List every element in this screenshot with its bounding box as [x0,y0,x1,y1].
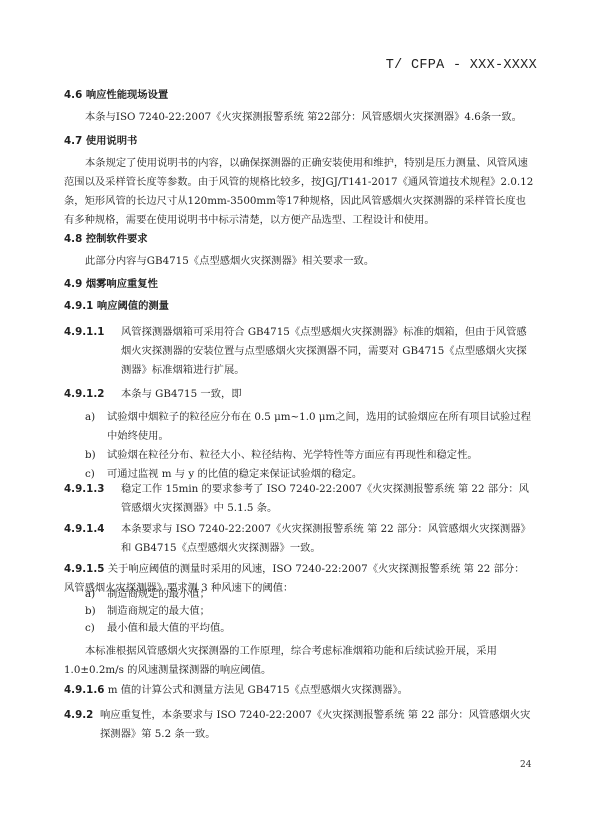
clause-4-9-1-2: 4.9.1.2 本条与 GB4715 一致，即 [64,385,534,404]
clause-number: 4.9.1.6 [64,684,104,696]
clause-number: 4.9.1.5 [64,563,104,575]
paragraph: 此部分内容与GB4715《点型感烟火灾探测器》相关要求一致。 [64,252,534,271]
document-page: T/ CFPA - XXX-XXXX 4.6 响应性能现场设置 本条与ISO 7… [0,0,591,824]
paragraph: 本标准根据风管感烟火灾探测器的工作原理，综合考虑标准烟箱功能和后续试验开展，采用… [64,642,534,680]
section-4-8: 4.8 控制软件要求 此部分内容与GB4715《点型感烟火灾探测器》相关要求一致… [64,230,534,271]
clause-text: m 值的计算公式和测量方法见 GB4715《点型感烟火灾探测器》。 [108,684,408,696]
section-4-9-1: 4.9.1 响应阈值的测量 [64,297,534,316]
section-4-7: 4.7 使用说明书 本条规定了使用说明书的内容，以确保探测器的正确安装使用和维护… [64,132,534,230]
section-heading: 4.9.1 响应阈值的测量 [64,297,534,316]
clause-text: 风管探测器烟箱可采用符合 GB4715《点型感烟火灾探测器》标准的烟箱，但由于风… [121,323,534,380]
page-number: 24 [520,760,531,770]
list-text: 试验烟中烟粒子的粒径应分布在 0.5 μm~1.0 μm之间，选用的试验烟应在所… [107,408,534,446]
clause-number: 4.9.2 [64,706,100,744]
clause-4-9-1-4: 4.9.1.4 本条要求与 ISO 7240-22:2007《火灾探测报警系统 … [64,520,534,558]
list-marker: b) [85,603,107,620]
list-marker: a) [85,408,107,446]
list-text: 制造商规定的最小值； [107,586,534,603]
section-heading: 4.7 使用说明书 [64,132,534,151]
clause-4-9-1-1: 4.9.1.1 风管探测器烟箱可采用符合 GB4715《点型感烟火灾探测器》标准… [64,323,534,380]
list-item: c) 最小值和最大值的平均值。 [64,620,534,637]
list-item: a) 试验烟中烟粒子的粒径应分布在 0.5 μm~1.0 μm之间，选用的试验烟… [64,408,534,446]
list-item: b) 制造商规定的最大值； [64,603,534,620]
clause-text: 本条要求与 ISO 7240-22:2007《火灾探测报警系统 第 22 部分：… [121,520,534,558]
section-heading: 4.6 响应性能现场设置 [64,86,534,105]
clause-text: 稳定工作 15min 的要求参考了 ISO 7240-22:2007《火灾探测报… [121,480,534,518]
clause-4-9-1-6: 4.9.1.6 m 值的计算公式和测量方法见 GB4715《点型感烟火灾探测器》… [64,681,534,700]
paragraph: 本条与ISO 7240-22:2007《火灾探测报警系统 第22部分：风管感烟火… [64,108,534,127]
list-marker: b) [85,446,107,465]
paragraph: 本条规定了使用说明书的内容，以确保探测器的正确安装使用和维护，特别是压力测量、风… [64,154,534,230]
clause-4-9-1-3: 4.9.1.3 稳定工作 15min 的要求参考了 ISO 7240-22:20… [64,480,534,518]
section-heading: 4.8 控制软件要求 [64,230,534,249]
list-text: 制造商规定的最大值； [107,603,534,620]
clause-number: 4.9.1.2 [64,385,121,404]
section-heading: 4.9 烟雾响应重复性 [64,275,534,294]
section-note: 本标准根据风管感烟火灾探测器的工作原理，综合考虑标准烟箱功能和后续试验开展，采用… [64,642,534,680]
document-code-header: T/ CFPA - XXX-XXXX [386,58,537,73]
clause-number: 4.9.1.1 [64,323,121,380]
clause-text: 响应重复性，本条要求与 ISO 7240-22:2007《火灾探测报警系统 第 … [100,706,534,744]
list-item: b) 试验烟在粒径分布、粒径大小、粒径结构、光学特性等方面应有再现性和稳定性。 [64,446,534,465]
clause-text: 本条与 GB4715 一致，即 [121,385,534,404]
list-item: a) 制造商规定的最小值； [64,586,534,603]
section-4-9: 4.9 烟雾响应重复性 [64,275,534,294]
section-4-6: 4.6 响应性能现场设置 本条与ISO 7240-22:2007《火灾探测报警系… [64,86,534,127]
clause-4-9-2: 4.9.2 响应重复性，本条要求与 ISO 7240-22:2007《火灾探测报… [64,706,534,744]
list-marker: a) [85,586,107,603]
list-text: 最小值和最大值的平均值。 [107,620,534,637]
list-4-9-1-5: a) 制造商规定的最小值； b) 制造商规定的最大值； c) 最小值和最大值的平… [64,586,534,637]
clause-number: 4.9.1.3 [64,480,121,518]
list-marker: c) [85,620,107,637]
list-text: 试验烟在粒径分布、粒径大小、粒径结构、光学特性等方面应有再现性和稳定性。 [107,446,534,465]
list-4-9-1-2: a) 试验烟中烟粒子的粒径应分布在 0.5 μm~1.0 μm之间，选用的试验烟… [64,408,534,484]
clause-number: 4.9.1.4 [64,520,121,558]
